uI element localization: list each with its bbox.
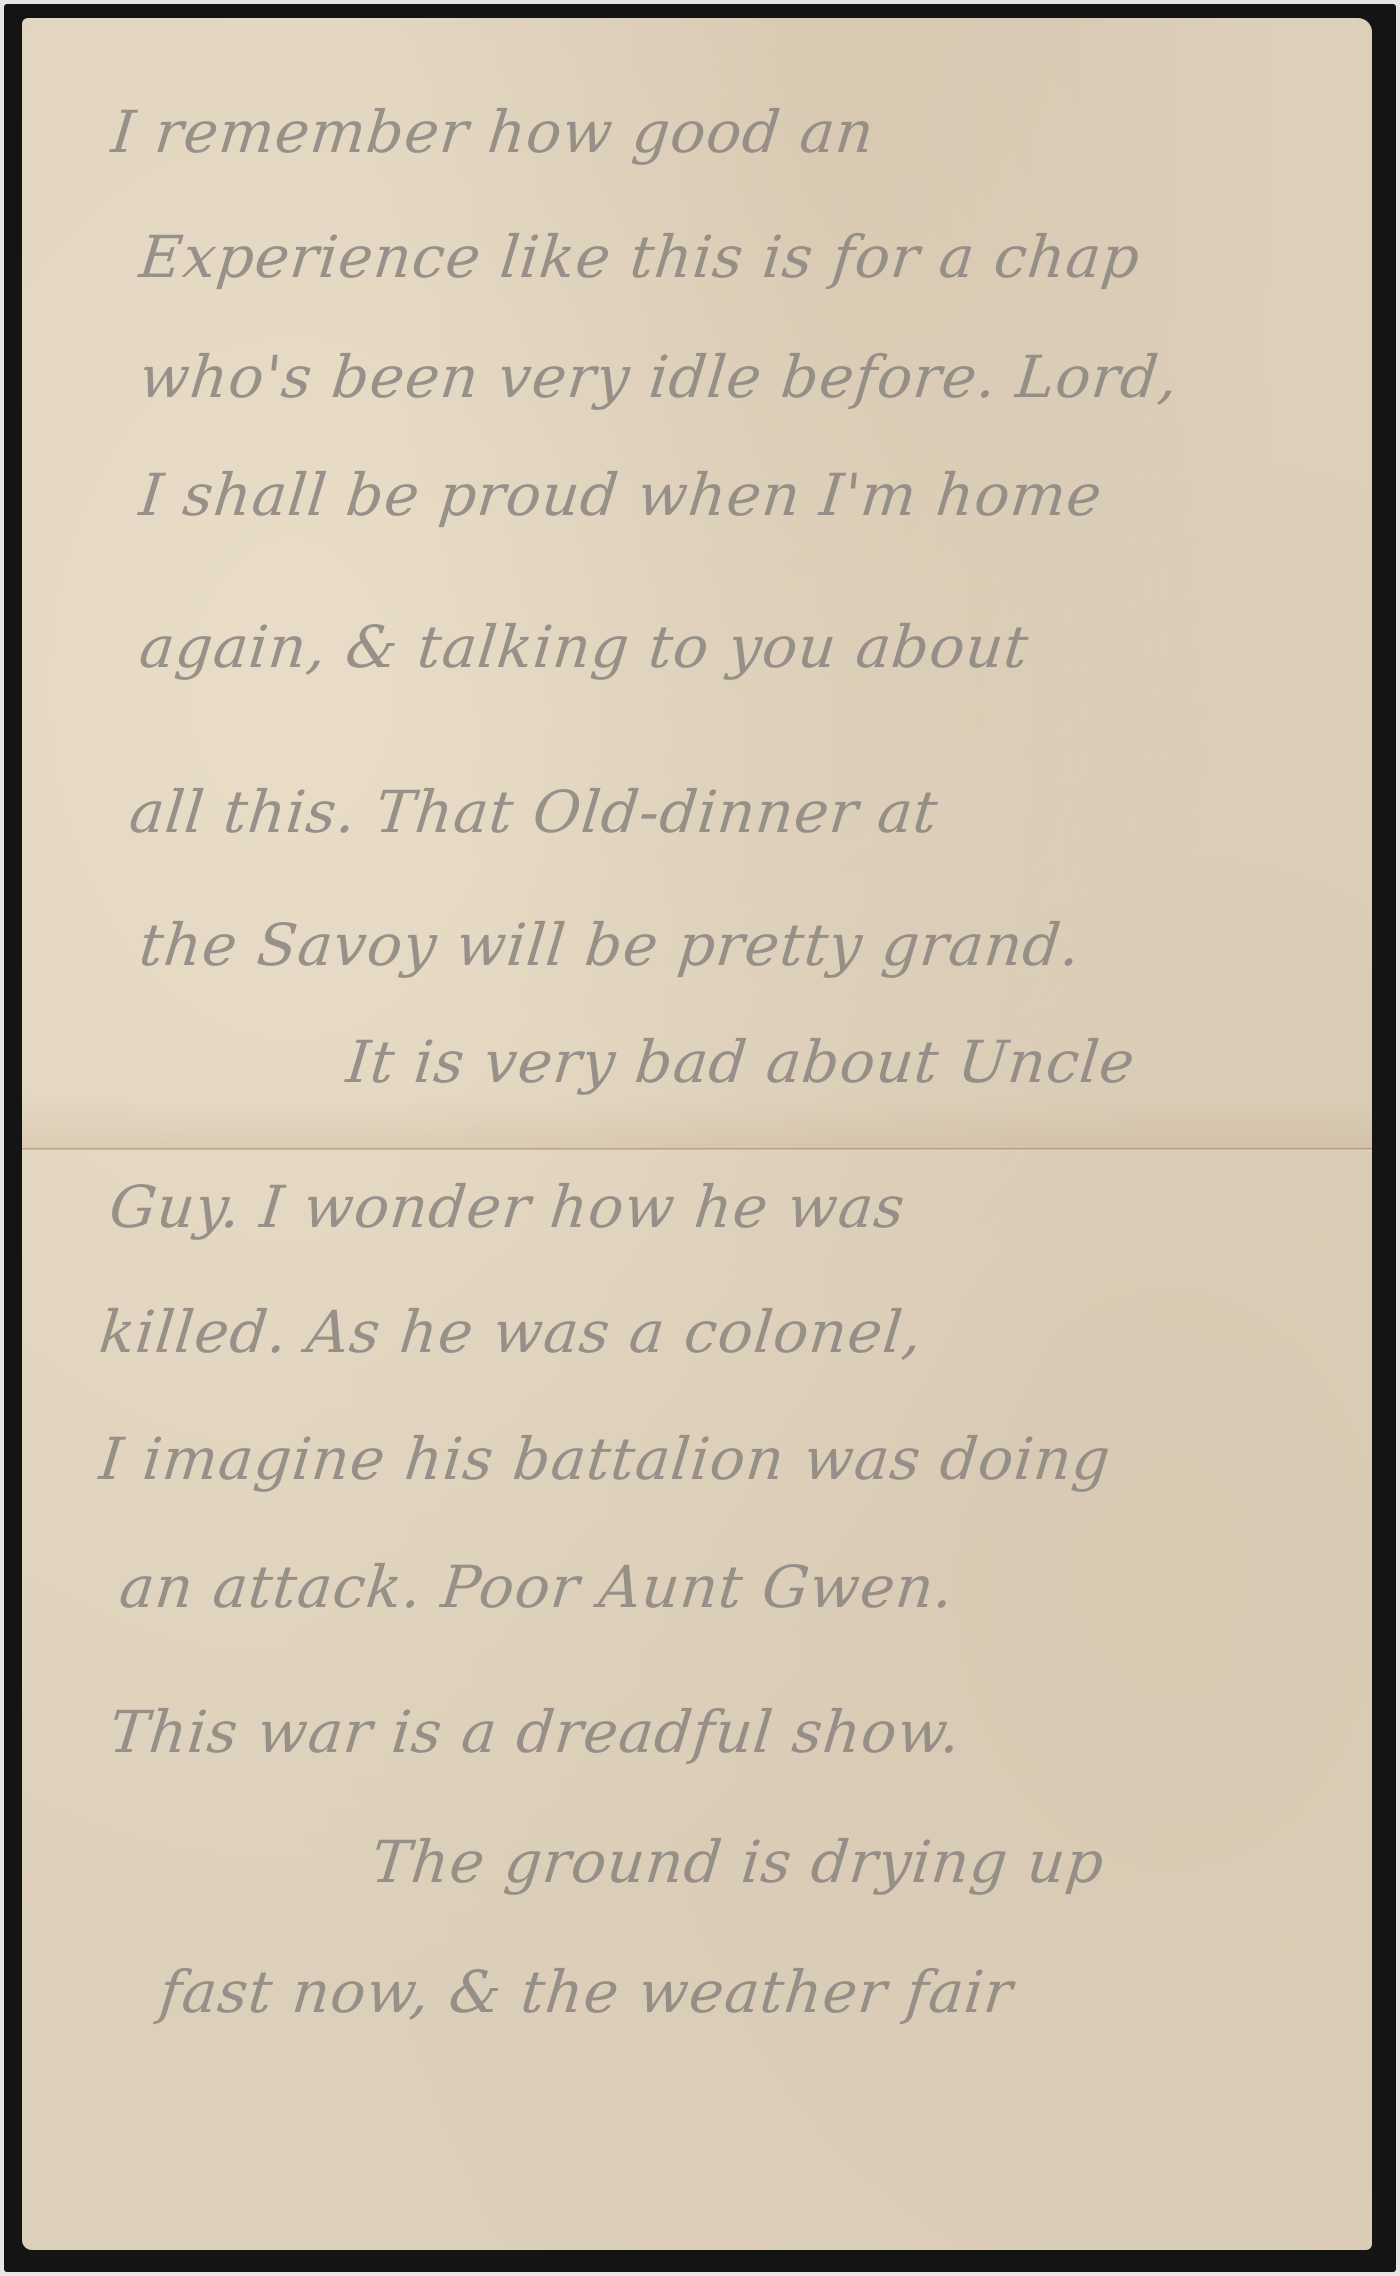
handwritten-line-14: The ground is drying up [369, 1833, 1107, 1891]
handwritten-line-3: who's been very idle before. Lord, [137, 348, 1181, 406]
handwritten-line-5: again, & talking to you about [137, 618, 1032, 676]
handwritten-line-12: an attack. Poor Aunt Gwen. [117, 1558, 957, 1616]
handwritten-line-15: fast now, & the weather fair [157, 1963, 1016, 2021]
handwritten-line-1: I remember how good an [109, 103, 877, 161]
fold-shadow [22, 1098, 1372, 1148]
handwritten-line-11: I imagine his battalion was doing [97, 1430, 1114, 1488]
handwritten-line-8: It is very bad about Uncle [344, 1033, 1138, 1091]
fold-line [22, 1148, 1372, 1151]
handwritten-line-2: Experience like this is for a chap [137, 228, 1143, 286]
handwritten-line-7: the Savoy will be pretty grand. [137, 916, 1084, 974]
handwritten-line-13: This war is a dreadful show. [107, 1703, 964, 1761]
handwritten-line-4: I shall be proud when I'm home [137, 466, 1105, 524]
handwritten-line-10: killed. As he was a colonel, [97, 1303, 925, 1361]
handwritten-line-9: Guy. I wonder how he was [107, 1178, 908, 1236]
handwritten-line-6: all this. That Old-dinner at [127, 783, 941, 841]
letter-page: I remember how good an Experience like t… [22, 18, 1372, 2250]
